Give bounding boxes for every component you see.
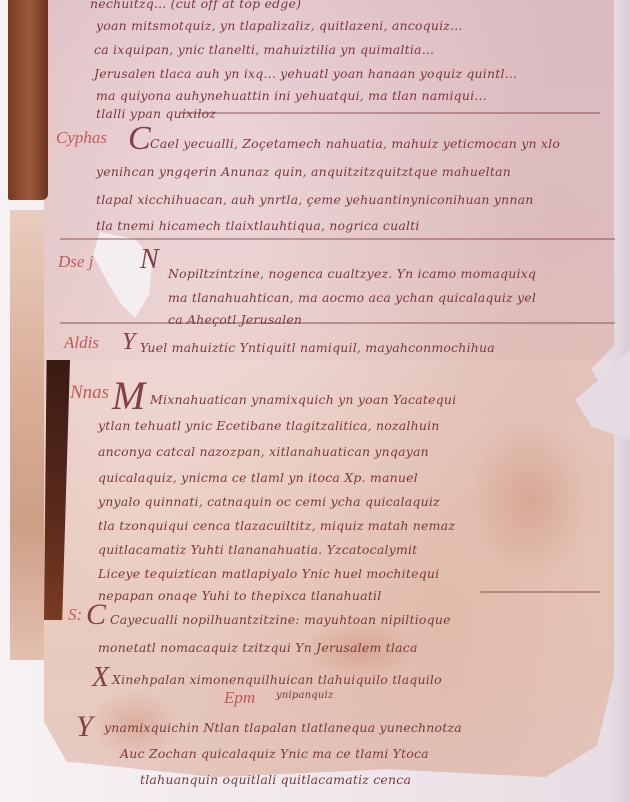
initial-letter: C (128, 122, 151, 156)
ruled-line (480, 591, 600, 593)
binding-strip (8, 0, 48, 200)
text-line: ynyalo quinnati, catnaquin oc cemi ycha … (98, 494, 440, 509)
initial-letter: M (112, 376, 145, 416)
text-line: nepapan onaqe Yuhi to thepixca tlanahuat… (98, 588, 381, 603)
text-line: ca Aheçotl Jerusalen (168, 312, 302, 327)
center-rubric: Epm (224, 688, 255, 708)
torn-left-edge (10, 210, 44, 660)
margin-label: Nnas (70, 382, 109, 404)
text-line: Liceye tequiztican matlapiyalo Ynic huel… (98, 566, 439, 581)
margin-label: S: (68, 605, 82, 625)
text-line: quitlacamatiz Yuhti tlananahuatia. Yzcat… (98, 542, 417, 557)
text-line: Nopiltzintzine, nogenca cualtzyez. Yn ic… (168, 266, 536, 281)
ruled-line (60, 322, 615, 324)
text-line: ca ixquipan, ynic tlanelti, mahuiztilia … (94, 42, 434, 57)
initial-letter: Y (122, 330, 135, 354)
text-line: Mixnahuatican ynamixquich yn yoan Yacate… (150, 392, 456, 407)
text-line: yenihcan yngqerin Anunaz quin, anquitzit… (96, 164, 511, 179)
initial-letter: Y (76, 712, 93, 742)
water-stain (470, 420, 590, 580)
text-line: tla tzonquiqui cenca tlazacuiltitz, miqu… (98, 518, 455, 533)
text-line: nechuitzq... (cut off at top edge) (90, 0, 301, 11)
initial-letter: N (140, 246, 159, 274)
text-line: Cayecualli nopilhuantzitzine: mayuhtoan … (110, 612, 451, 627)
text-line: ynipanquiz (276, 690, 333, 701)
text-line: tlapal xicchihuacan, auh ynrtla, çeme ye… (96, 192, 534, 207)
text-line: monetatl nomacaquiz tzitzqui Yn Jerusale… (98, 640, 418, 655)
initial-letter: C (86, 600, 106, 630)
text-line: quicalaquiz, ynicma ce tlaml yn itoca Xp… (98, 470, 418, 485)
text-line: tla tnemi hicamech tlaixtlauhtiqua, nogr… (96, 218, 420, 233)
margin-label: Cyphas (56, 128, 107, 148)
margin-label: Aldis (64, 333, 99, 353)
text-line: tlahuanquin oquitlali quitlacamatiz cenc… (140, 772, 411, 787)
text-line: ma tlanahuahtican, ma aocmo aca ychan qu… (168, 290, 536, 305)
text-line: ma quiyona auhynehuattin ini yehuatqui, … (96, 88, 487, 103)
text-line: yoan mitsmotquiz, yn tlapalizaliz, quitl… (96, 18, 463, 33)
text-line: ynamixquichin Ntlan tlapalan tlatlanequa… (104, 720, 462, 735)
margin-label: Dse j (58, 252, 93, 272)
text-line: Xinehpalan ximonenquilhuican tlahuiquilo… (112, 672, 442, 687)
text-line: tlalli ypan quixiloz (96, 106, 216, 121)
ruled-line (60, 238, 615, 240)
initial-letter: X (92, 664, 109, 692)
text-line: Auc Zochan quicalaquiz Ynic ma ce tlami … (120, 746, 429, 761)
text-line: ytlan tehuatl ynic Ecetibane tlagitzalit… (98, 418, 440, 433)
text-line: Cael yecualli, Zoçetamech nahuatia, mahu… (150, 136, 560, 151)
text-line: Jerusalen tlaca auh yn ixq... yehuatl yo… (94, 66, 517, 81)
ruled-line (180, 112, 600, 114)
text-line: Yuel mahuiztic Yntiquitl namiquil, mayah… (140, 340, 495, 355)
text-line: anconya catcal nazozpan, xitlanahuatican… (98, 444, 429, 459)
